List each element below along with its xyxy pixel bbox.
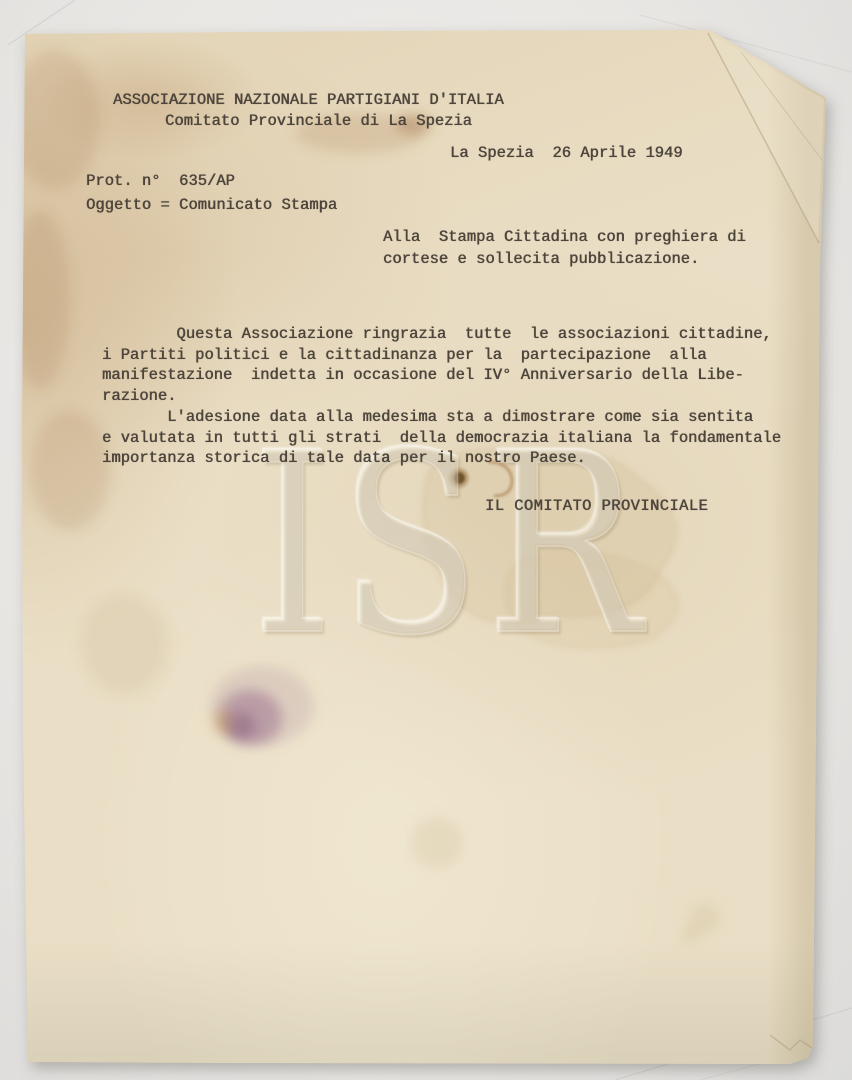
body-text: Questa Associazione ringrazia tutte le a… (102, 324, 781, 469)
subject-line: Oggetto = Comunicato Stampa (86, 195, 337, 216)
scanned-letter-photo: ISR ASSOCIAZIONE NAZIONALE PARTIGIANI D'… (0, 0, 852, 1080)
corner-tear (770, 1035, 812, 1050)
recipient-block: Alla Stampa Cittadina con preghiera di c… (383, 226, 746, 270)
protocol-number: Prot. n° 635/AP (86, 171, 235, 192)
org-name: ASSOCIAZIONE NAZIONALE PARTIGIANI D'ITAL… (113, 90, 504, 111)
dateline: La Spezia 26 Aprile 1949 (450, 143, 683, 164)
org-subtitle: Comitato Provinciale di La Spezia (165, 111, 472, 132)
signature-line: IL COMITATO PROVINCIALE (485, 496, 708, 517)
stain-lower-faint (411, 817, 721, 945)
